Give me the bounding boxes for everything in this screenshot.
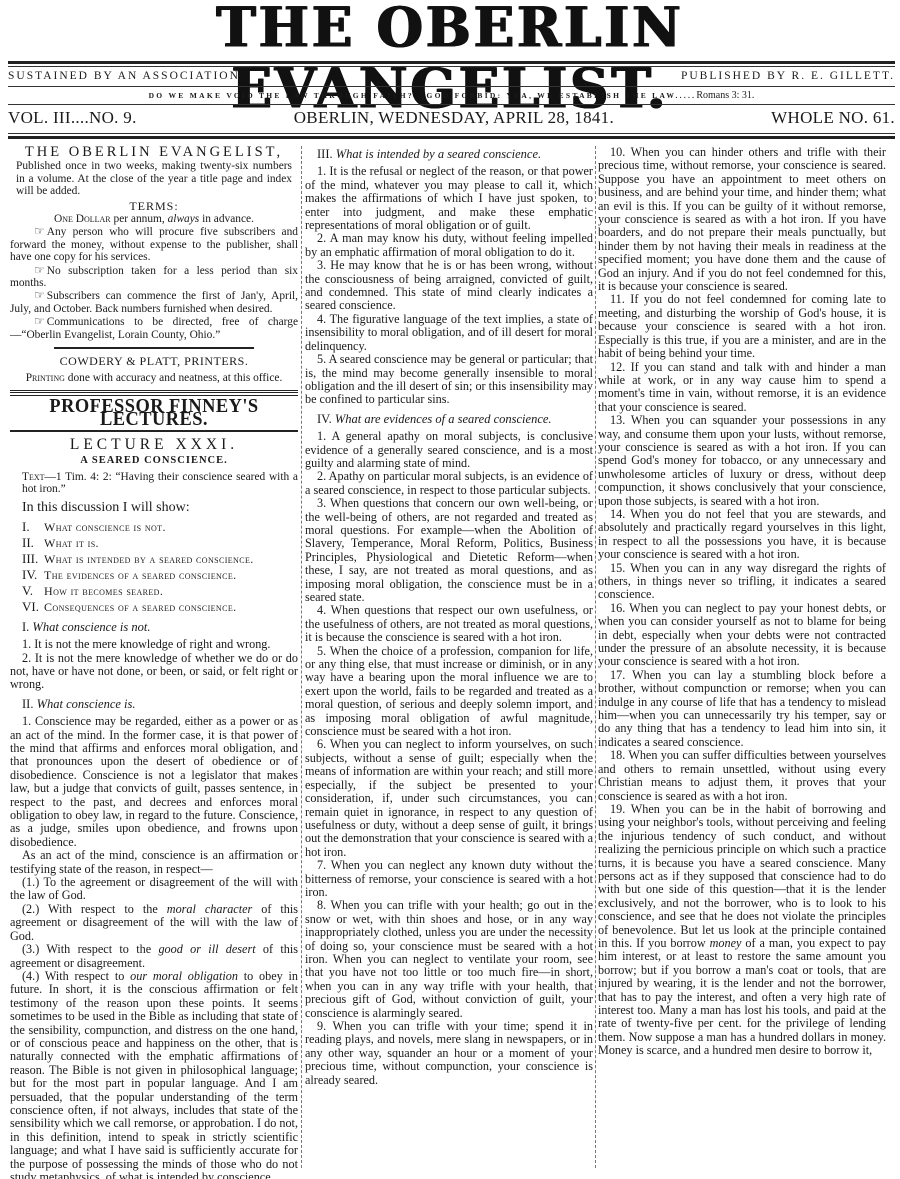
column-divider [595, 146, 596, 1168]
pointing-hand-icon: ☞ [22, 225, 45, 237]
dateline: OBERLIN, WEDNESDAY, APRIL 28, 1841. [294, 108, 614, 128]
lecture-series-title: PROFESSOR FINNEY'S LECTURES. [22, 400, 287, 427]
column-1: THE OBERLIN EVANGELIST, Published once i… [10, 146, 298, 1179]
lecture-subject: A SEARED CONSCIENCE. [10, 454, 298, 467]
lecture-number: LECTURE XXXI. [10, 438, 298, 451]
notice-item: ☞No subscription taken for a less period… [10, 264, 298, 290]
outline-item: III.What is intended by a seared conscie… [22, 551, 298, 567]
header-rule [8, 86, 895, 87]
header-rule [8, 61, 895, 64]
pointing-hand-icon: ☞ [22, 315, 45, 327]
paragraph: 6. When you can neglect to inform yourse… [305, 738, 593, 859]
paragraph: (2.) With respect to the moral character… [10, 903, 298, 943]
section-heading: I. What conscience is not. [10, 621, 298, 634]
outline-item: II.What it is. [22, 535, 298, 551]
paragraph: 17. When you can lay a stumbling block b… [598, 669, 886, 749]
header-rule [8, 104, 895, 105]
section-rule [10, 430, 298, 432]
header-rule [8, 136, 895, 139]
paragraph: 19. When you can be in the habit of borr… [598, 803, 886, 1058]
paragraph: 8. When you can trifle with your health;… [305, 899, 593, 1020]
paragraph: 14. When you do not feel that you are st… [598, 508, 886, 562]
notice-item: ☞Communications to be directed, free of … [10, 315, 298, 341]
paragraph: 13. When you can squander your possessio… [598, 414, 886, 508]
outline-item: I.What conscience is not. [22, 519, 298, 535]
printers-line: COWDERY & PLATT, PRINTERS. [10, 355, 298, 368]
section-rule [54, 347, 254, 349]
volume-number: VOL. III....NO. 9. [8, 108, 137, 128]
price-line: One Dollar per annum, always in advance. [10, 213, 298, 225]
paragraph: 2. It is not the mere knowledge of wheth… [10, 652, 298, 692]
paragraph: 7. When you can neglect any known duty w… [305, 859, 593, 899]
section-heading: III. What is intended by a seared consci… [305, 148, 593, 161]
paragraph: 9. When you can trifle with your time; s… [305, 1020, 593, 1087]
paragraph: 16. When you can neglect to pay your hon… [598, 602, 886, 669]
notice-item: ☞Subscribers can commence the first of J… [10, 289, 298, 315]
publisher-line: PUBLISHED BY R. E. GILLETT. [681, 70, 895, 82]
outline-intro: In this discussion I will show: [10, 501, 298, 514]
paragraph: (1.) To the agreement or disagreement of… [10, 876, 298, 903]
column-divider [301, 146, 302, 1168]
info-box-title: THE OBERLIN EVANGELIST, [10, 146, 298, 159]
pointing-hand-icon: ☞ [22, 289, 45, 301]
dateline-row: VOL. III....NO. 9. OBERLIN, WEDNESDAY, A… [8, 106, 895, 130]
motto-reference: Romans 3: 31. [696, 90, 754, 101]
header-rule [8, 133, 895, 134]
masthead: THE OBERLIN EVANGELIST. [0, 0, 900, 58]
paragraph: 12. If you can stand and talk with and h… [598, 361, 886, 415]
paragraph: (3.) With respect to the good or ill des… [10, 943, 298, 970]
whole-number: WHOLE NO. 61. [771, 108, 895, 128]
section-heading: IV. What are evidences of a seared consc… [305, 413, 593, 426]
paragraph: 1. It is the refusal or neglect of the r… [305, 165, 593, 232]
printing-line: Printing done with accuracy and neatness… [10, 372, 298, 384]
paragraph: 10. When you can hinder others and trifl… [598, 146, 886, 293]
paragraph: 5. When the choice of a profession, comp… [305, 645, 593, 739]
motto-row: DO WE MAKE VOID THE LAW THROUGH FAITH?..… [8, 88, 895, 102]
paragraph: 11. If you do not feel condemned for com… [598, 293, 886, 360]
notice-item: ☞Any person who will procure five subscr… [10, 225, 298, 263]
paragraph: 3. When questions that concern our own w… [305, 497, 593, 604]
paragraph: 18. When you can suffer difficulties bet… [598, 749, 886, 803]
paragraph: 2. A man may know his duty, without feel… [305, 232, 593, 259]
column-2: III. What is intended by a seared consci… [305, 146, 593, 1087]
column-3: 10. When you can hinder others and trifl… [598, 146, 886, 1058]
pointing-hand-icon: ☞ [22, 264, 45, 276]
outline-item: V.How it becomes seared. [22, 583, 298, 599]
paragraph: 2. Apathy on particular moral subjects, … [305, 470, 593, 497]
paragraph: 1. A general apathy on moral subjects, i… [305, 430, 593, 470]
paragraph: As an act of the mind, conscience is an … [10, 849, 298, 876]
sustained-line: SUSTAINED BY AN ASSOCIATION. [8, 70, 245, 82]
paragraph: 4. The figurative language of the text i… [305, 313, 593, 353]
paragraph: 1. Conscience may be regarded, either as… [10, 715, 298, 849]
outline-list: I.What conscience is not. II.What it is.… [22, 519, 298, 615]
paragraph: 3. He may know that he is or has been wr… [305, 259, 593, 313]
paragraph: 1. It is not the mere knowledge of right… [10, 638, 298, 651]
header-rule [8, 66, 895, 67]
section-heading: II. What conscience is. [10, 698, 298, 711]
publication-info: Published once in two weeks, making twen… [10, 160, 298, 197]
scripture-text: Text—1 Tim. 4: 2: “Having their conscien… [10, 471, 298, 496]
paragraph: 5. A seared conscience may be general or… [305, 353, 593, 407]
header-sustained-row: SUSTAINED BY AN ASSOCIATION. PUBLISHED B… [8, 68, 895, 84]
paragraph: 15. When you can in any way disregard th… [598, 562, 886, 602]
newspaper-page: THE OBERLIN EVANGELIST. SUSTAINED BY AN … [0, 0, 900, 1179]
outline-item: IV.The evidences of a seared conscience. [22, 567, 298, 583]
motto: DO WE MAKE VOID THE LAW THROUGH FAITH?..… [149, 91, 697, 100]
paragraph: (4.) With respect to our moral obligatio… [10, 970, 298, 1179]
outline-item: VI.Consequences of a seared conscience. [22, 599, 298, 615]
paragraph: 4. When questions that respect our own u… [305, 604, 593, 644]
terms-label: TERMS: [10, 200, 298, 213]
